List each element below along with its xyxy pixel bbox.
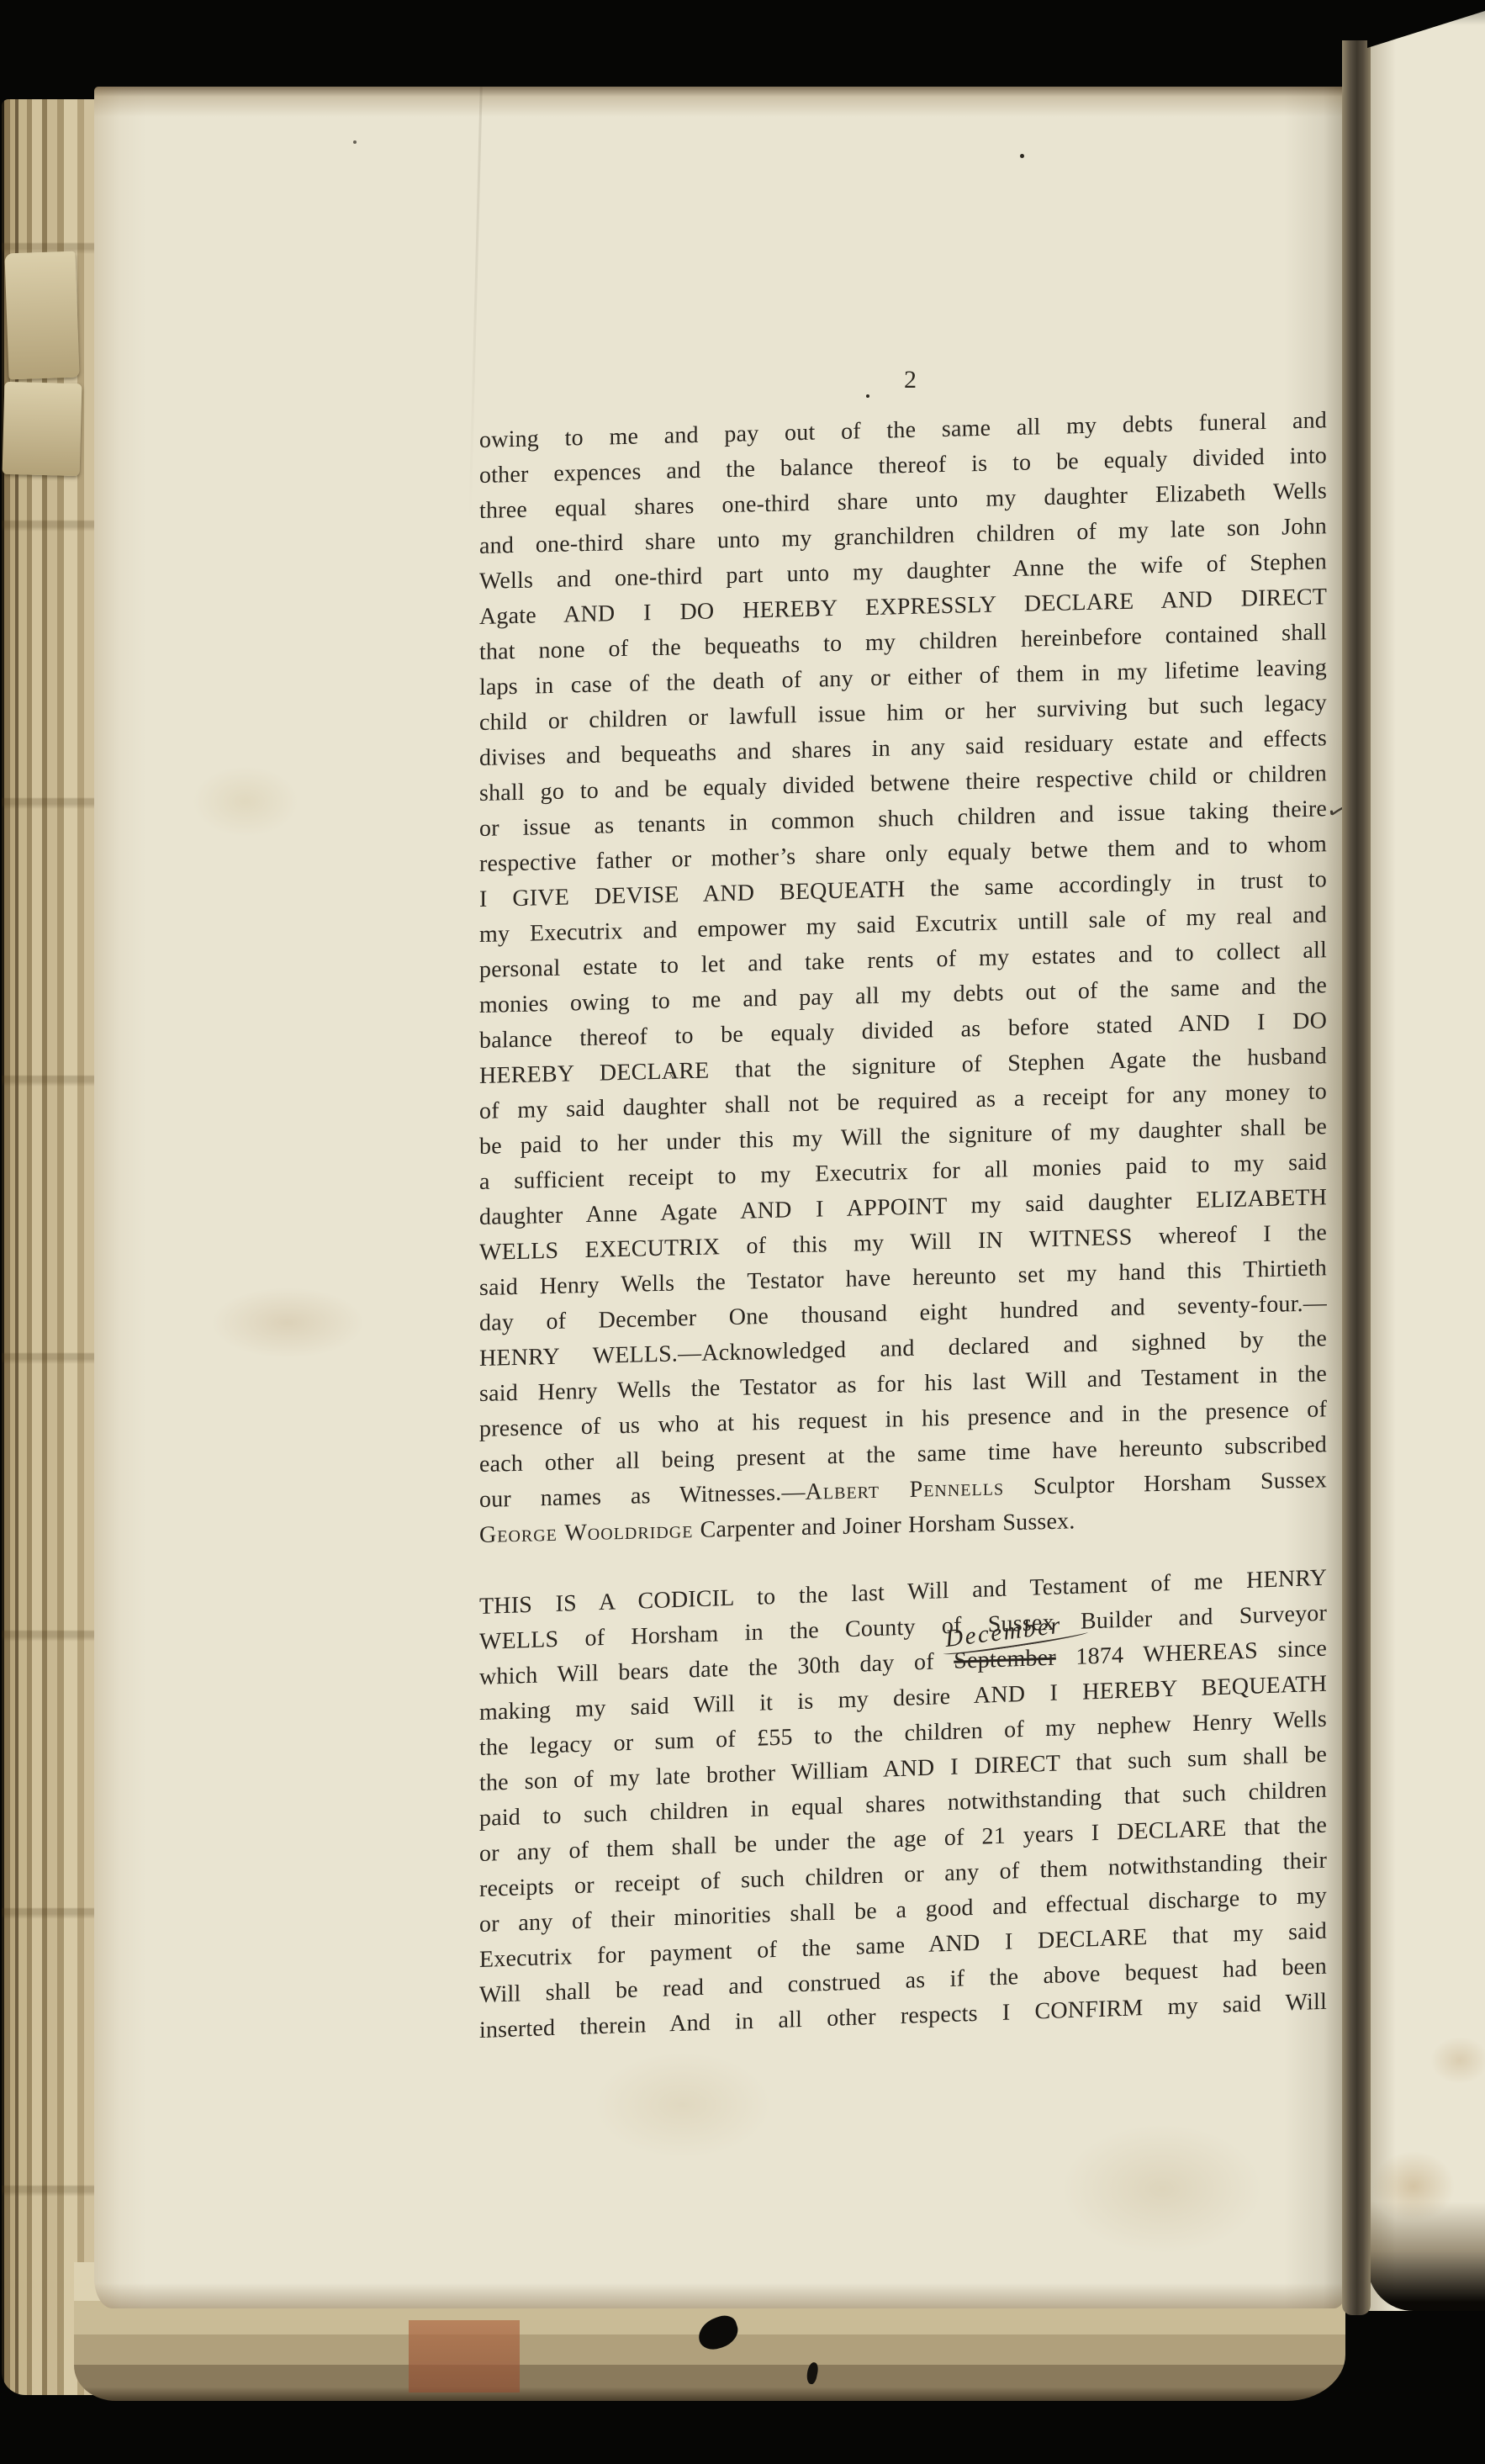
text-segment: 1874 WHEREAS since <box>1056 1636 1327 1671</box>
binding-red-stain <box>409 2320 520 2393</box>
paragraph-codicil: THIS IS A CODICIL to the last Will and T… <box>479 1561 1327 2049</box>
will-text-block: owing to me and pay out of the same all … <box>479 423 1327 2049</box>
caret-pen-mark: ˣ <box>669 1069 674 1086</box>
struck-word: SeptemberDecember <box>954 1645 1056 1674</box>
adjacent-page <box>1367 0 1485 2311</box>
ink-blot-small <box>805 2361 819 2385</box>
main-page: 2 owing to me and pay out of the same al… <box>94 87 1347 2308</box>
text-segment: our names as Witnesses.— <box>479 1479 806 1513</box>
ink-blot <box>695 2312 742 2353</box>
paper-speck <box>866 394 869 398</box>
folded-page-corner <box>4 251 79 380</box>
paper-speck <box>1020 154 1024 158</box>
book-gutter-shadow <box>1342 40 1371 2315</box>
text-segment: Sculptor Horsham Sussex <box>1004 1467 1327 1500</box>
page-number: 2 <box>843 366 978 394</box>
paper-speck <box>353 140 357 144</box>
witness-name: Albert Pennells <box>806 1474 1004 1505</box>
paragraph-will-continuation: owing to me and pay out of the same all … <box>479 403 1327 1553</box>
text-segment: Carpenter and Joiner Horsham Sussex. <box>693 1508 1075 1543</box>
book-scan-photo: 2 owing to me and pay out of the same al… <box>0 0 1485 2464</box>
folded-page-corner <box>3 382 82 476</box>
witness-name: George Wooldridge <box>479 1517 693 1548</box>
